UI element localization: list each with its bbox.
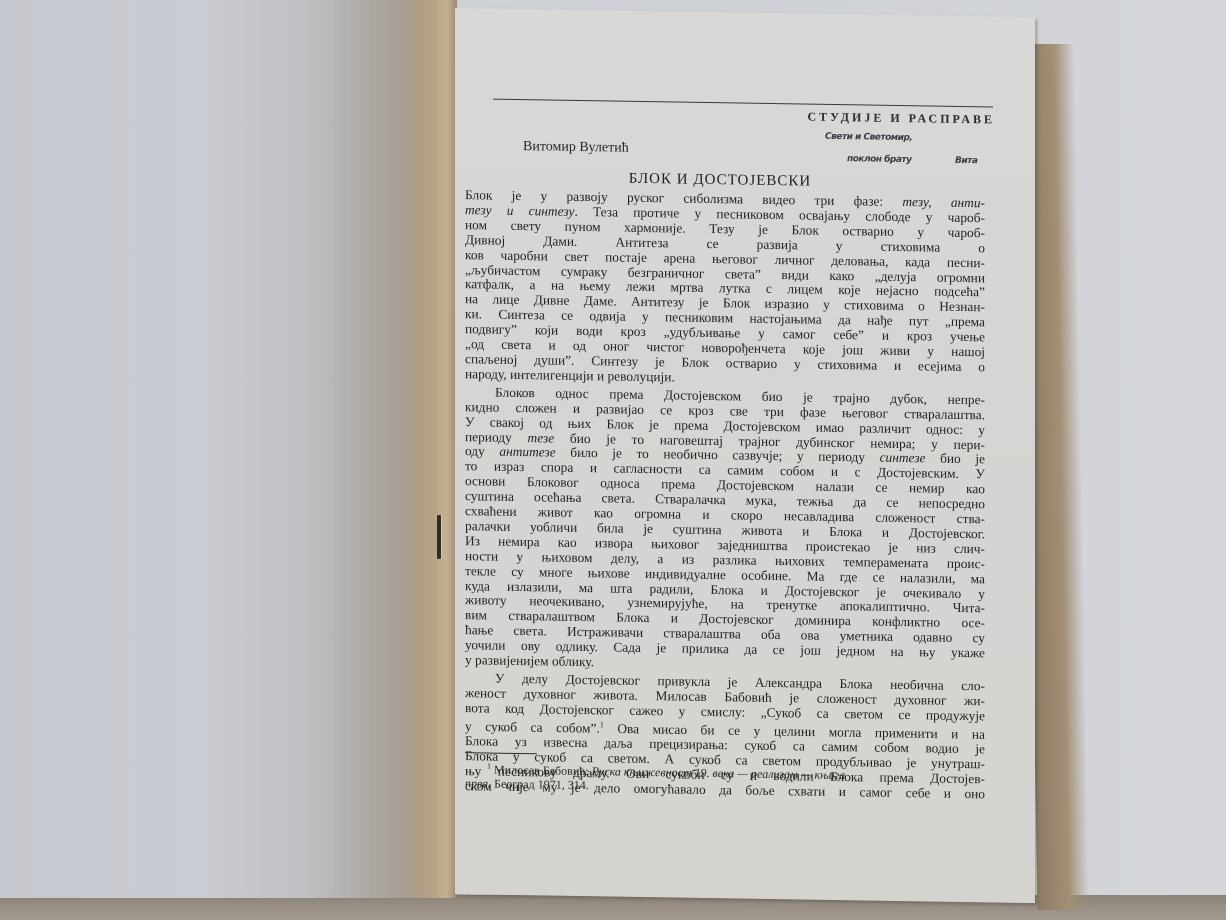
text-segment: у сукоб са собом”.: [465, 718, 600, 735]
text-segment: синтезе: [880, 450, 926, 466]
text-segment: у развијенијем облику.: [465, 653, 594, 669]
staple-bottom: [437, 515, 441, 559]
text-segment: тезе: [528, 430, 555, 445]
paragraph: Блоков однос према Достојевском био је т…: [465, 385, 985, 676]
left-page-gutter: [405, 0, 457, 898]
running-head-rule: [493, 99, 993, 108]
text-segment: оду: [465, 445, 499, 460]
text-segment: тезу, анти-: [902, 194, 985, 210]
running-head: СТУДИЈЕ И РАСПРАВЕ: [735, 108, 995, 127]
author-name: Витомир Вулетић: [523, 139, 629, 157]
footnote-title-end: прва: [465, 776, 488, 790]
text-segment: периоду: [465, 430, 528, 445]
handwritten-note-line2: поклон брату: [847, 154, 912, 165]
footnote-marker: 1: [487, 762, 491, 771]
text-segment: тезу и синтезу: [465, 203, 574, 219]
text-segment: био је: [926, 451, 986, 467]
handwritten-note-line3: Вита: [955, 156, 977, 166]
paragraph: Блок је у развоју руског сиболизма видео…: [465, 188, 985, 390]
left-page-blank: [0, 0, 440, 898]
footnote-publication: , Београд 1971, 314.: [488, 777, 589, 793]
handwritten-note-line1: Свети и Светомир,: [825, 132, 912, 143]
article-body: Блок је у развоју руског сиболизма видео…: [465, 188, 985, 802]
text-segment: антитезе: [499, 445, 555, 460]
footnote-author: Милосав Бабовић:: [494, 763, 592, 779]
text-segment: народу, интелигенцији и револуцији.: [465, 367, 675, 384]
right-page: СТУДИЈЕ И РАСПРАВЕ Витомир Вулетић Свети…: [455, 8, 1035, 903]
